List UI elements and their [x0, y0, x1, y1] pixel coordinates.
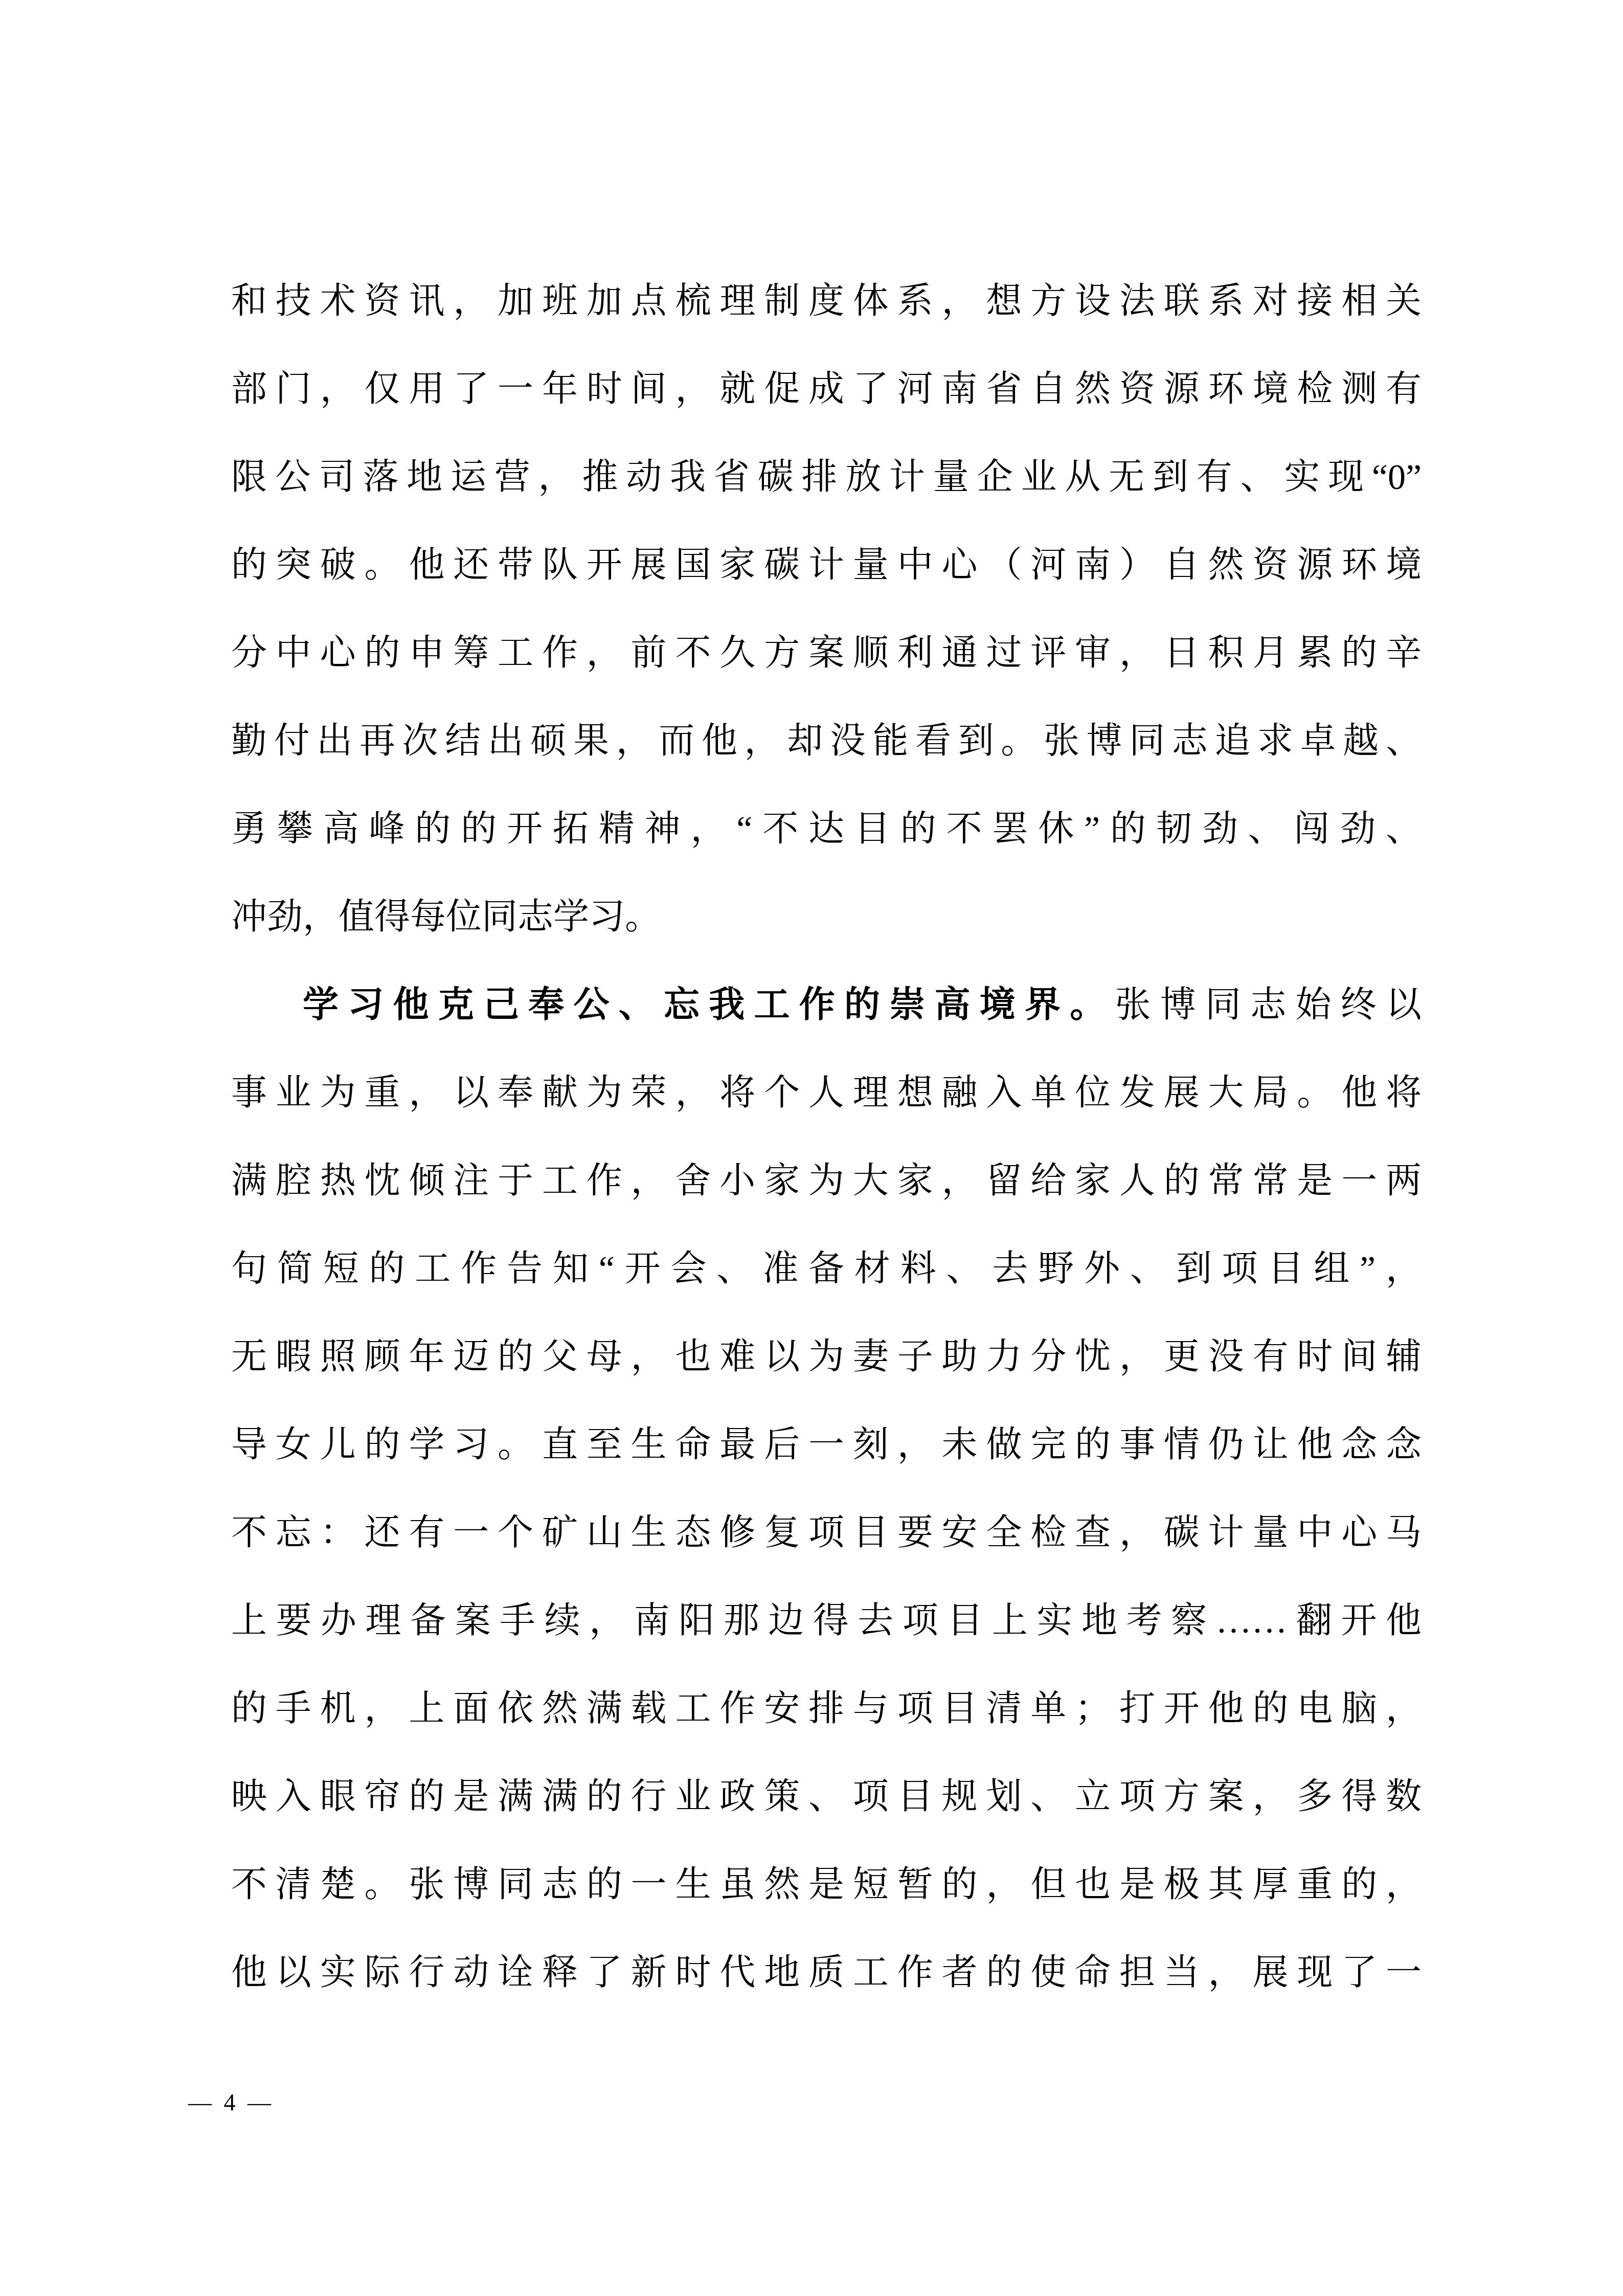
text-line: 勤付出再次结出硕果，而他，却没能看到。张博同志追求卓越、: [231, 698, 1422, 786]
text-line: 不清楚。张博同志的一生虽然是短暂的，但也是极其厚重的，: [231, 1841, 1422, 1929]
page-number: — 4 —: [188, 2087, 274, 2118]
body-text-segment: 分中心的申筹工作，前不久方案顺利通过评审，日积月累的辛: [231, 634, 1422, 673]
text-line: 的手机，上面依然满载工作安排与项目清单；打开他的电脑，: [231, 1665, 1422, 1753]
text-line: 导女儿的学习。直至生命最后一刻，未做完的事情仍让他念念: [231, 1401, 1422, 1489]
text-line: 分中心的申筹工作，前不久方案顺利通过评审，日积月累的辛: [231, 610, 1422, 698]
body-text-segment: 冲劲，值得每位同志学习。: [231, 898, 661, 937]
text-line: 不忘：还有一个矿山生态修复项目要安全检查，碳计量中心马: [231, 1489, 1422, 1577]
body-text-segment: 勤付出再次结出硕果，而他，却没能看到。张博同志追求卓越、: [231, 722, 1422, 761]
text-line: 他以实际行动诠释了新时代地质工作者的使命担当，展现了一: [231, 1929, 1422, 2017]
body-text-segment: 他以实际行动诠释了新时代地质工作者的使命担当，展现了一: [231, 1953, 1422, 1993]
text-line: 映入眼帘的是满满的行业政策、项目规划、立项方案，多得数: [231, 1753, 1422, 1841]
body-text-segment: 不忘：还有一个矿山生态修复项目要安全检查，碳计量中心马: [231, 1513, 1422, 1553]
body-text-segment: 和技术资讯，加班加点梳理制度体系，想方设法联系对接相关: [231, 282, 1422, 321]
body-text-segment: 的手机，上面依然满载工作安排与项目清单；打开他的电脑，: [231, 1689, 1422, 1729]
body-text-segment: 事业为重，以奉献为荣，将个人理想融入单位发展大局。他将: [231, 1074, 1422, 1113]
text-line: 限公司落地运营，推动我省碳排放计量企业从无到有、实现“0”: [231, 434, 1422, 522]
body-text-segment: 限公司落地运营，推动我省碳排放计量企业从无到有、实现“0”: [231, 458, 1422, 497]
text-line: 上要办理备案手续，南阳那边得去项目上实地考察……翻开他: [231, 1577, 1422, 1665]
body-text-segment: 的突破。他还带队开展国家碳计量中心（河南）自然资源环境: [231, 546, 1422, 585]
text-line: 无暇照顾年迈的父母，也难以为妻子助力分忧，更没有时间辅: [231, 1313, 1422, 1401]
text-line: 部门，仅用了一年时间，就促成了河南省自然资源环境检测有: [231, 346, 1422, 434]
text-line: 的突破。他还带队开展国家碳计量中心（河南）自然资源环境: [231, 522, 1422, 610]
text-line: 和技术资讯，加班加点梳理制度体系，想方设法联系对接相关: [231, 258, 1422, 346]
text-line: 勇攀高峰的的开拓精神，“不达目的不罢休”的韧劲、闯劲、: [231, 786, 1422, 874]
text-line: 学习他克己奉公、忘我工作的崇高境界。张博同志始终以: [231, 962, 1422, 1050]
body-text-segment: 满腔热忱倾注于工作，舍小家为大家，留给家人的常常是一两: [231, 1162, 1422, 1201]
text-line: 句简短的工作告知“开会、准备材料、去野外、到项目组”，: [231, 1225, 1422, 1313]
body-text-segment: 张博同志始终以: [1115, 986, 1422, 1025]
document-page: 和技术资讯，加班加点梳理制度体系，想方设法联系对接相关部门，仅用了一年时间，就促…: [0, 0, 1623, 2296]
body-text-segment: 导女儿的学习。直至生命最后一刻，未做完的事情仍让他念念: [231, 1425, 1422, 1465]
body-text-segment: 不清楚。张博同志的一生虽然是短暂的，但也是极其厚重的，: [231, 1865, 1422, 1905]
body-text-segment: 句简短的工作告知“开会、准备材料、去野外、到项目组”，: [231, 1250, 1422, 1289]
body-text-segment: 勇攀高峰的的开拓精神，“不达目的不罢休”的韧劲、闯劲、: [231, 810, 1422, 849]
document-body: 和技术资讯，加班加点梳理制度体系，想方设法联系对接相关部门，仅用了一年时间，就促…: [231, 258, 1422, 2017]
bold-lead-sentence: 学习他克己奉公、忘我工作的崇高境界。: [303, 986, 1115, 1025]
body-text-segment: 部门，仅用了一年时间，就促成了河南省自然资源环境检测有: [231, 370, 1422, 409]
text-line: 事业为重，以奉献为荣，将个人理想融入单位发展大局。他将: [231, 1050, 1422, 1138]
text-line: 满腔热忱倾注于工作，舍小家为大家，留给家人的常常是一两: [231, 1138, 1422, 1225]
body-text-segment: 映入眼帘的是满满的行业政策、项目规划、立项方案，多得数: [231, 1777, 1422, 1817]
text-line: 冲劲，值得每位同志学习。: [231, 874, 1422, 962]
body-text-segment: 无暇照顾年迈的父母，也难以为妻子助力分忧，更没有时间辅: [231, 1338, 1422, 1377]
body-text-segment: 上要办理备案手续，南阳那边得去项目上实地考察……翻开他: [231, 1601, 1422, 1641]
